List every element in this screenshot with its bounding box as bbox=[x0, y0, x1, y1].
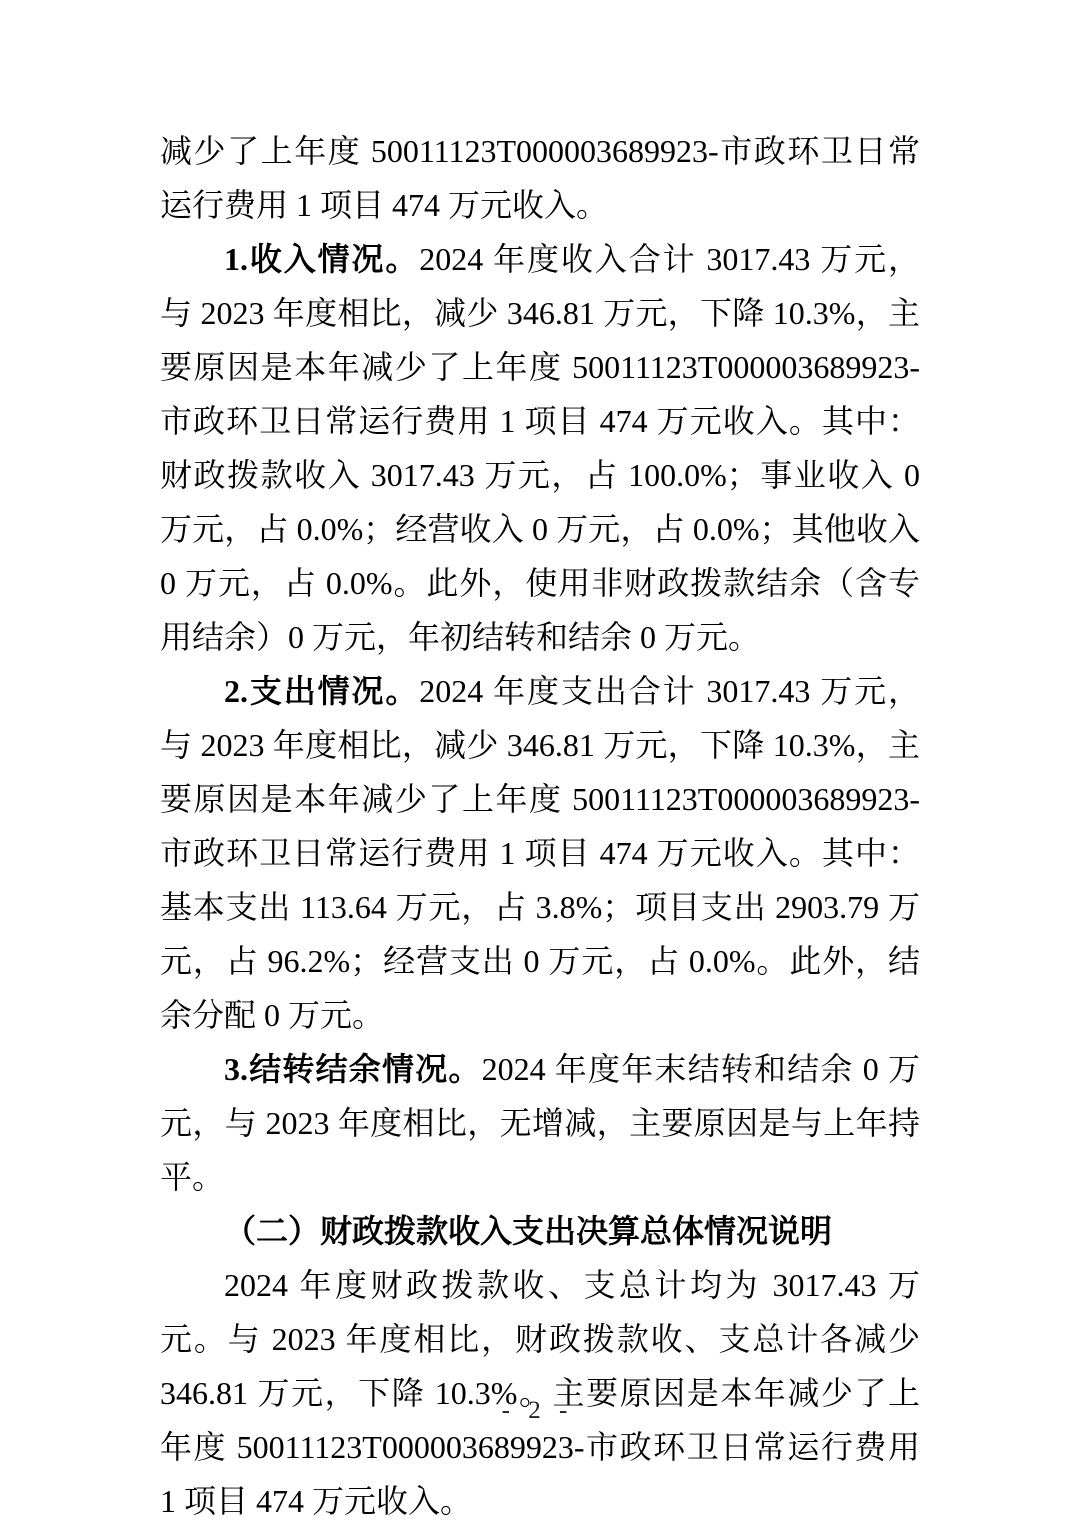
paragraph-lead: 2.支出情况。 bbox=[224, 673, 419, 709]
paragraph-text: 减少了上年度 50011123T000003689923-市政环卫日常运行费用 … bbox=[160, 133, 920, 223]
document-body: 减少了上年度 50011123T000003689923-市政环卫日常运行费用 … bbox=[160, 124, 920, 1520]
paragraph-continuation: 减少了上年度 50011123T000003689923-市政环卫日常运行费用 … bbox=[160, 124, 920, 232]
document-page: 减少了上年度 50011123T000003689923-市政环卫日常运行费用 … bbox=[0, 0, 1075, 1520]
paragraph-text: 2024 年度支出合计 3017.43 万元，与 2023 年度相比，减少 34… bbox=[160, 673, 920, 1033]
paragraph-text: 2024 年度收入合计 3017.43 万元，与 2023 年度相比，减少 34… bbox=[160, 241, 920, 655]
paragraph-expenditure: 2.支出情况。2024 年度支出合计 3017.43 万元，与 2023 年度相… bbox=[160, 664, 920, 1042]
paragraph-fiscal-appropriation: 2024 年度财政拨款收、支总计均为 3017.43 万元。与 2023 年度相… bbox=[160, 1258, 920, 1520]
page-number-text: - 2 - bbox=[502, 1397, 574, 1424]
section-heading: （二）财政拨款收入支出决算总体情况说明 bbox=[160, 1204, 920, 1258]
paragraph-carryover: 3.结转结余情况。2024 年度年末结转和结余 0 万元，与 2023 年度相比… bbox=[160, 1042, 920, 1204]
section-heading-text: （二）财政拨款收入支出决算总体情况说明 bbox=[224, 1213, 832, 1249]
paragraph-text: 2024 年度财政拨款收、支总计均为 3017.43 万元。与 2023 年度相… bbox=[160, 1267, 920, 1519]
paragraph-income: 1.收入情况。2024 年度收入合计 3017.43 万元，与 2023 年度相… bbox=[160, 232, 920, 664]
paragraph-lead: 3.结转结余情况。 bbox=[224, 1051, 482, 1087]
paragraph-lead: 1.收入情况。 bbox=[224, 241, 419, 277]
page-number: - 2 - bbox=[0, 1396, 1075, 1426]
